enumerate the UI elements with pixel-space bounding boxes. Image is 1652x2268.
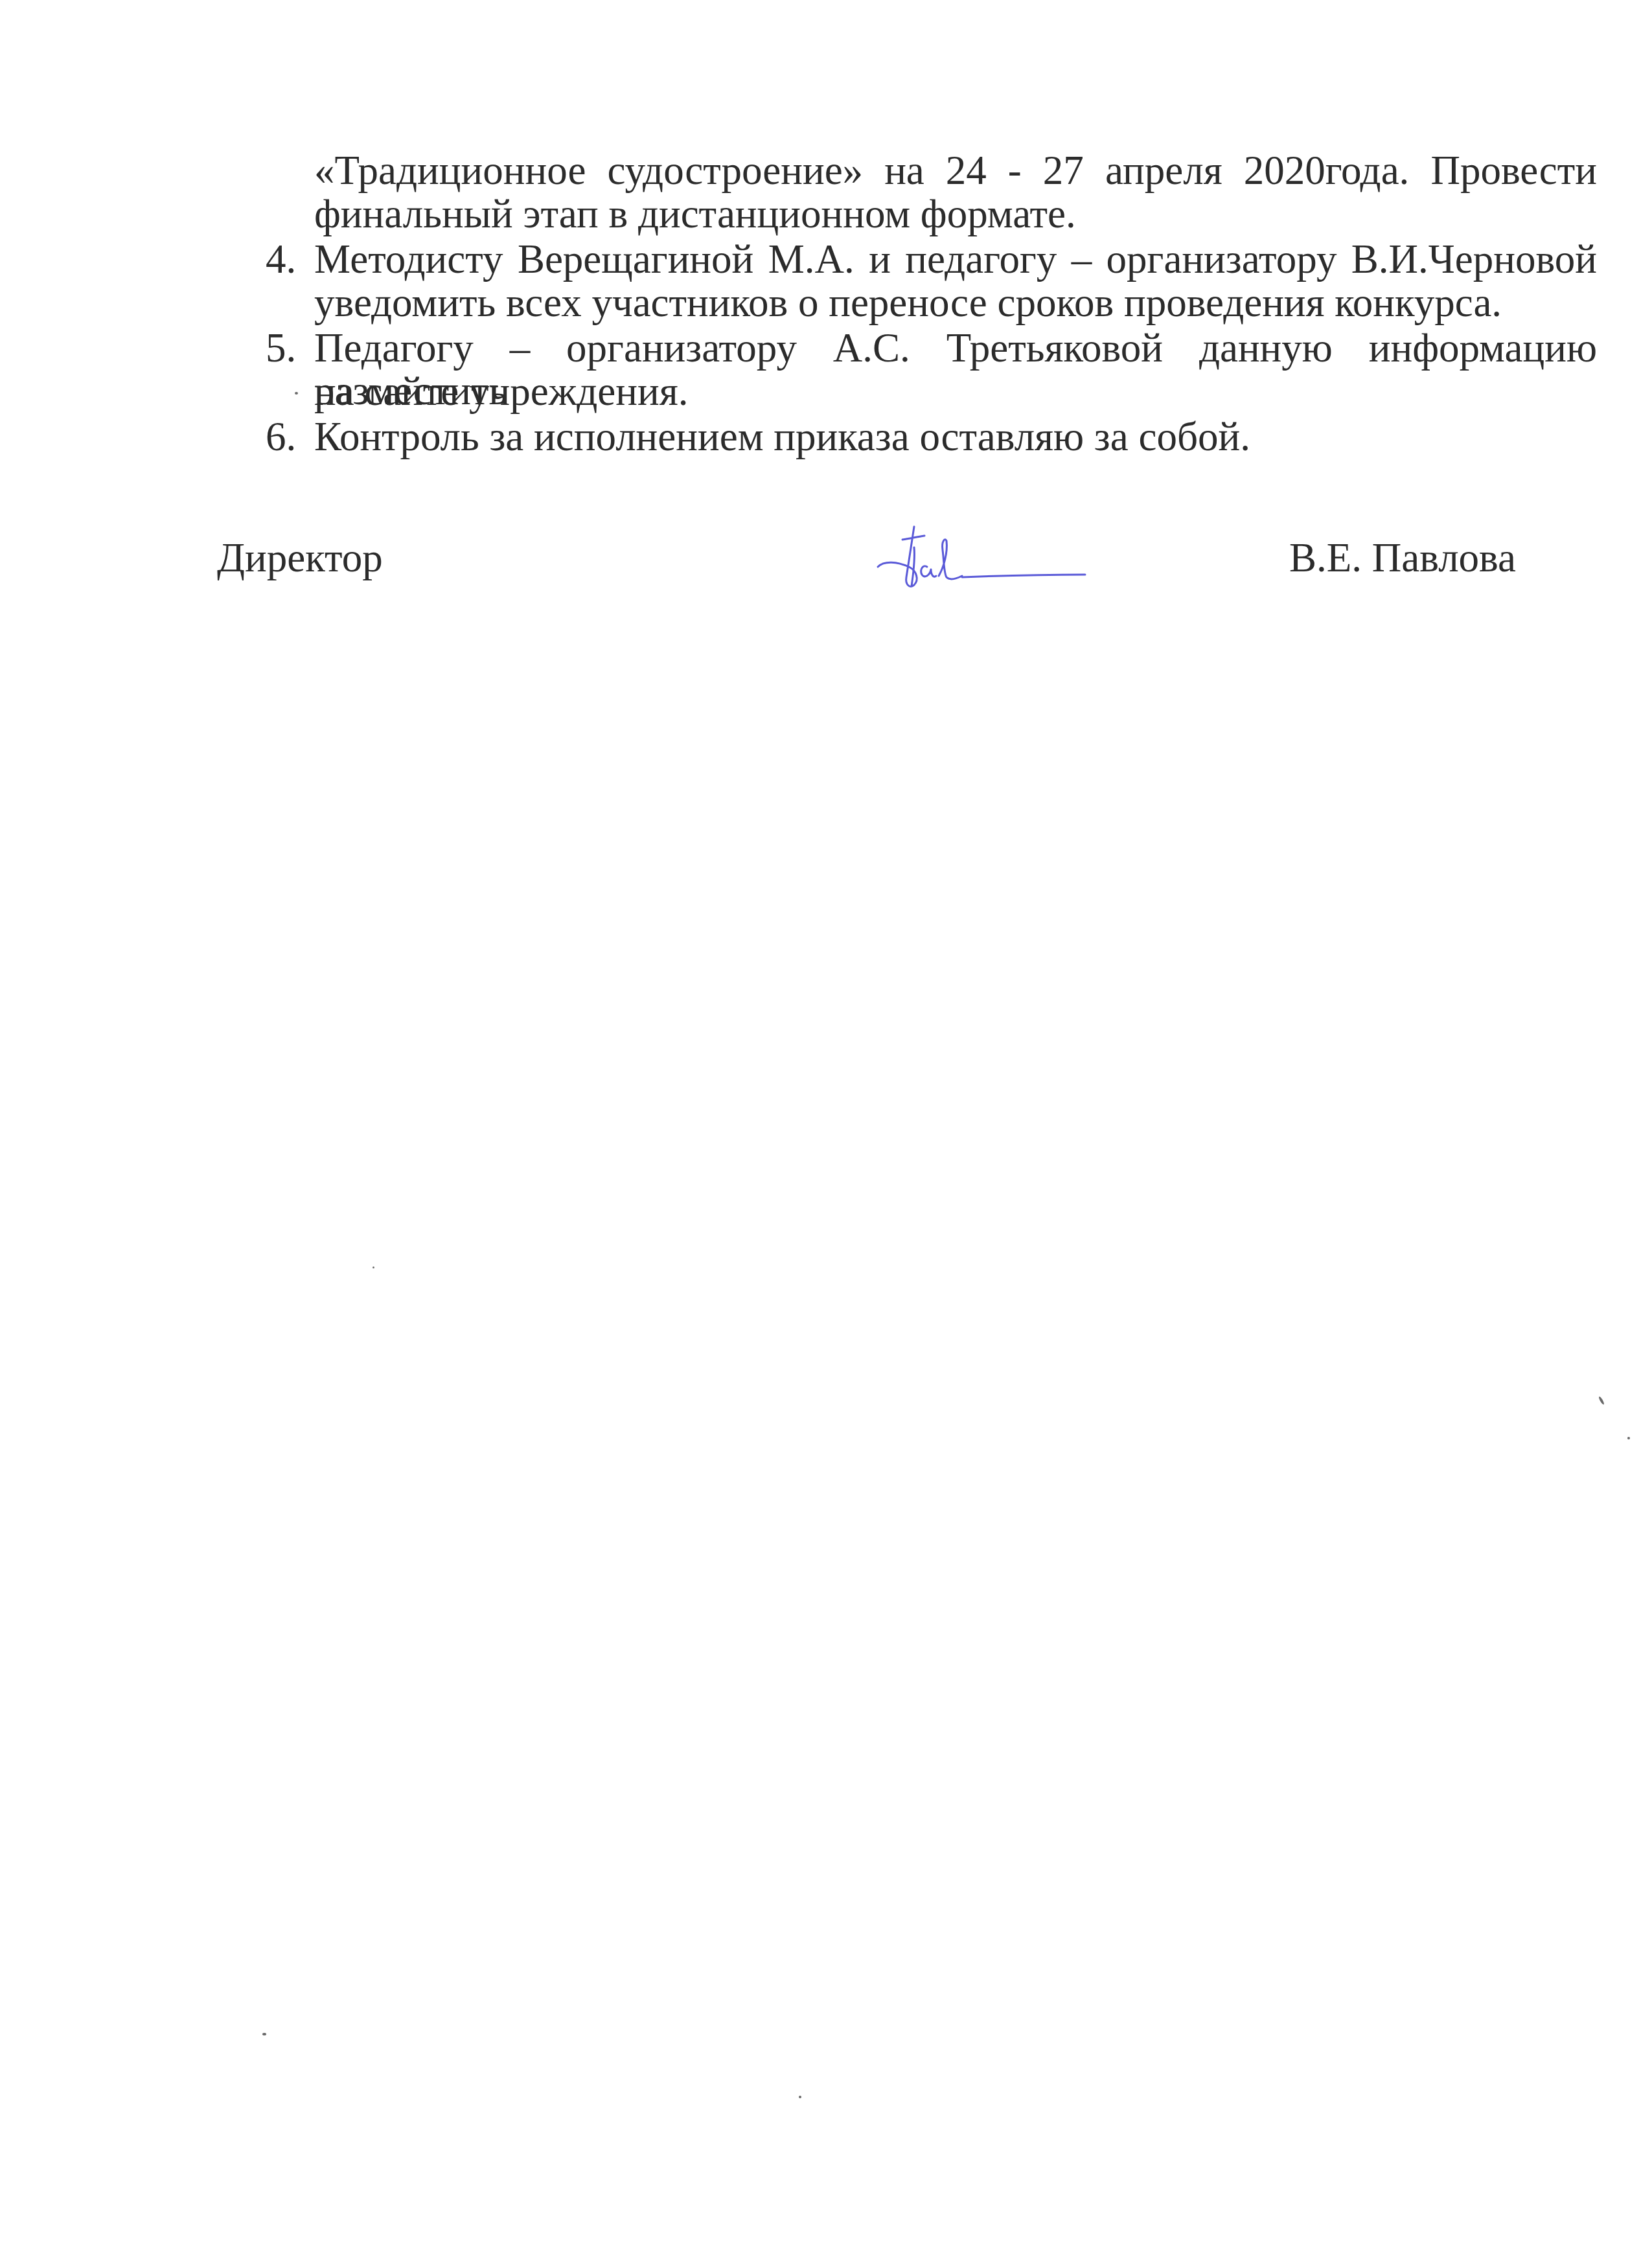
scan-speck [373,1266,374,1268]
list-item-number: 4. [266,238,296,281]
document-page: «Традиционное судостроение» на 24 - 27 а… [0,0,1652,2268]
list-item-text-line-1: Методисту Верещагиной М.А. и педагогу – … [314,238,1597,281]
handwritten-signature-icon [871,521,1092,593]
continuation-line-2: финальный этап в дистанционном формате. [314,192,1076,235]
scan-speck [1598,1396,1605,1405]
list-item-text-line-2: на сайте учреждения. [314,370,688,413]
scan-speck [1627,1437,1630,1439]
continuation-line-1: «Традиционное судостроение» на 24 - 27 а… [314,149,1597,192]
list-item-text-line-2: уведомить всех участников о переносе сро… [314,281,1502,324]
list-item-number: 6. [266,415,296,458]
signatory-position: Директор [217,536,383,579]
scan-speck [295,392,298,395]
signatory-name: В.Е. Павлова [1289,536,1516,579]
list-item-text-line-1: Контроль за исполнением приказа оставляю… [314,415,1250,458]
scan-speck [262,2033,266,2035]
list-item-number: 5. [266,326,296,369]
scan-speck [799,2096,801,2098]
